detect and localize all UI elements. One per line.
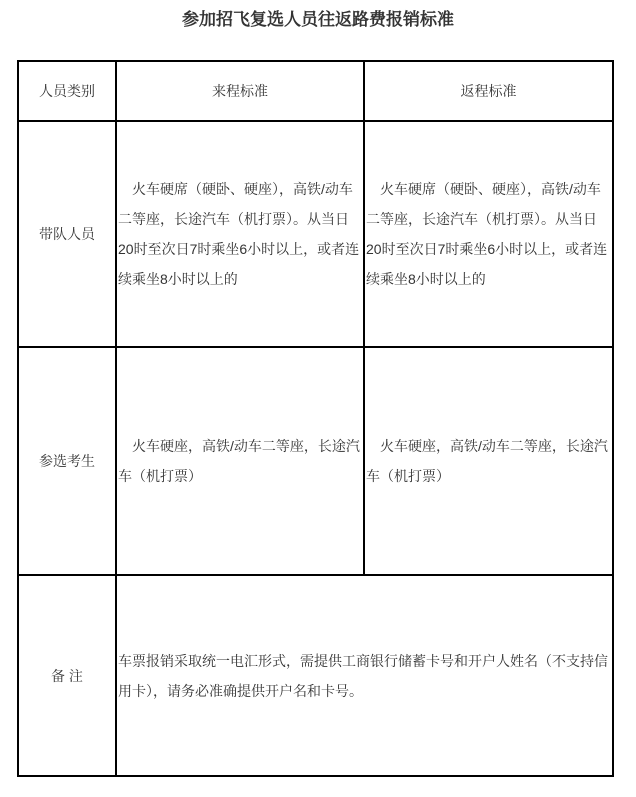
table-header-row: 人员类别 来程标准 返程标准 [18, 61, 613, 121]
candidates-outbound-cell: 火车硬座，高铁/动车二等座，长途汽车（机打票） [116, 347, 364, 575]
team-leaders-outbound-text: 火车硬席（硬卧、硬座），高铁/动车二等座，长途汽车（机打票）。从当日20时至次日… [118, 174, 362, 294]
table-row-candidates: 参选考生 火车硬座，高铁/动车二等座，长途汽车（机打票） 火车硬座，高铁/动车二… [18, 347, 613, 575]
category-team-leaders: 带队人员 [18, 121, 116, 347]
header-return-standard: 返程标准 [364, 61, 613, 121]
notes-text: 车票报销采取统一电汇形式，需提供工商银行储蓄卡号和开户人姓名（不支持信用卡），请… [118, 646, 611, 706]
category-candidates: 参选考生 [18, 347, 116, 575]
table-row-team-leaders: 带队人员 火车硬席（硬卧、硬座），高铁/动车二等座，长途汽车（机打票）。从当日2… [18, 121, 613, 347]
candidates-return-cell: 火车硬座，高铁/动车二等座，长途汽车（机打票） [364, 347, 613, 575]
category-notes: 备 注 [18, 575, 116, 776]
candidates-return-text: 火车硬座，高铁/动车二等座，长途汽车（机打票） [366, 431, 611, 491]
reimbursement-table: 人员类别 来程标准 返程标准 带队人员 火车硬席（硬卧、硬座），高铁/动车二等座… [17, 60, 614, 777]
team-leaders-outbound-cell: 火车硬席（硬卧、硬座），高铁/动车二等座，长途汽车（机打票）。从当日20时至次日… [116, 121, 364, 347]
candidates-outbound-text: 火车硬座，高铁/动车二等座，长途汽车（机打票） [118, 431, 362, 491]
header-outbound-standard: 来程标准 [116, 61, 364, 121]
team-leaders-return-cell: 火车硬席（硬卧、硬座），高铁/动车二等座，长途汽车（机打票）。从当日20时至次日… [364, 121, 613, 347]
header-personnel-category: 人员类别 [18, 61, 116, 121]
team-leaders-return-text: 火车硬席（硬卧、硬座），高铁/动车二等座，长途汽车（机打票）。从当日20时至次日… [366, 174, 611, 294]
notes-content-cell: 车票报销采取统一电汇形式，需提供工商银行储蓄卡号和开户人姓名（不支持信用卡），请… [116, 575, 613, 776]
page-title: 参加招飞复选人员往返路费报销标准 [0, 8, 636, 32]
document-page: 参加招飞复选人员往返路费报销标准 人员类别 来程标准 返程标准 带队人员 火车硬… [0, 0, 636, 797]
table-row-notes: 备 注 车票报销采取统一电汇形式，需提供工商银行储蓄卡号和开户人姓名（不支持信用… [18, 575, 613, 776]
